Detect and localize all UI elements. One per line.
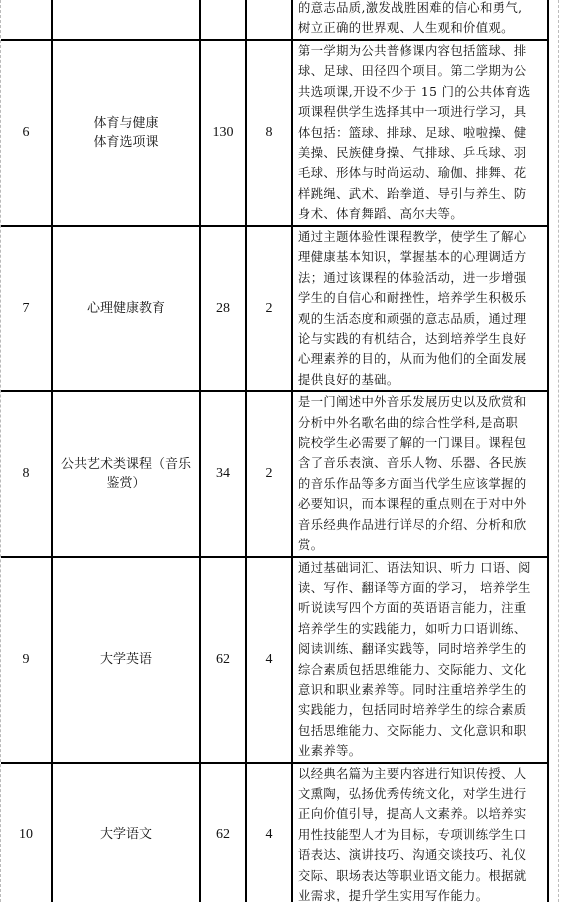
course-description-line: 院校学生必需要了解的一门课目。课程包: [298, 433, 544, 453]
course-description-cell: 的意志品质,激发战胜困难的信心和勇气,树立正确的世界观、人生观和价值观。: [292, 0, 548, 40]
course-credits-cell: 2: [246, 226, 292, 391]
course-description-line: 必要知识，而本课程的重点则在于对中外: [298, 494, 544, 514]
course-number-cell: 6: [1, 40, 52, 226]
course-description-line: 正向价值引导，提高人文素养。以培养实: [298, 804, 544, 824]
course-description-line: 通过基础词汇、语法知识、听力 口语、阅: [298, 558, 544, 578]
course-hours-cell: 130: [200, 40, 246, 226]
table-row: 8公共艺术类课程（音乐鉴赏）342是一门阐述中外音乐发展历史以及欣赏和分析中外名…: [1, 391, 548, 556]
course-description-line: 音乐经典作品进行详尽的介绍、分析和欣: [298, 515, 544, 535]
course-description-line: 树立正确的世界观、人生观和价值观。: [298, 18, 544, 38]
course-description-line: 文熏陶，弘扬优秀传统文化，对学生进行: [298, 784, 544, 804]
course-description-line: 语表达、演讲技巧、沟通交谈技巧、礼仪: [298, 845, 544, 865]
course-description-cell: 是一门阐述中外音乐发展历史以及欣赏和分析中外名歌名曲的综合性学科,是高职院校学生…: [292, 391, 548, 556]
course-description-line: 美操、民族健身操、气排球、乒乓球、羽: [298, 143, 544, 163]
course-description-line: 共选项课,开设不少于 15 门的公共体育选: [298, 82, 544, 102]
table-row: 6体育与健康体育选项课1308第一学期为公共普修课内容包括篮球、排球、足球、田径…: [1, 40, 548, 226]
course-credits-cell: 2: [246, 391, 292, 556]
course-description-line: 提供良好的基础。: [298, 370, 544, 390]
course-description-line: 样跳绳、武术、跆拳道、导引与养生、防: [298, 184, 544, 204]
course-credits-cell: 8: [246, 40, 292, 226]
course-description-cell: 第一学期为公共普修课内容包括篮球、排球、足球、田径四个项目。第二学期为公共选项课…: [292, 40, 548, 226]
course-description-line: 毛球、形体与时尚运动、瑜伽、排舞、花: [298, 163, 544, 183]
course-description-line: 学生的自信心和耐挫性，培养学生积极乐: [298, 288, 544, 308]
course-description-line: 读、写作、翻译等方面的学习， 培养学生: [298, 578, 544, 598]
course-hours-cell: 34: [200, 391, 246, 556]
course-name-cell: 体育与健康体育选项课: [52, 40, 200, 226]
course-description-line: 法；通过该课程的体验活动，进一步增强: [298, 268, 544, 288]
table-row: 10大学语文624以经典名篇为主要内容进行知识传授、人文熏陶，弘扬优秀传统文化，…: [1, 763, 548, 902]
course-description-line: 通过主题体验性课程教学，使学生了解心: [298, 227, 544, 247]
course-name-line: 大学英语: [53, 650, 199, 669]
course-description-line: 以经典名篇为主要内容进行知识传授、人: [298, 764, 544, 784]
course-description-line: 论与实践的有机结合，达到培养学生良好: [298, 329, 544, 349]
course-description-line: 交际、职场表达等职业语文能力。根据就: [298, 866, 544, 886]
course-name-line: 鉴赏）: [53, 474, 199, 493]
course-description-line: 是一门阐述中外音乐发展历史以及欣赏和: [298, 392, 544, 412]
course-description-line: 业需求，提升学生实用写作能力。: [298, 886, 544, 902]
course-description-cell: 通过基础词汇、语法知识、听力 口语、阅读、写作、翻译等方面的学习， 培养学生听说…: [292, 557, 548, 763]
course-description-line: 用性技能型人才为目标，专项训练学生口: [298, 825, 544, 845]
course-description-cell: 以经典名篇为主要内容进行知识传授、人文熏陶，弘扬优秀传统文化，对学生进行正向价值…: [292, 763, 548, 902]
course-credits-cell: 4: [246, 557, 292, 763]
course-name-cell: 大学语文: [52, 763, 200, 902]
course-description-line: 第一学期为公共普修课内容包括篮球、排: [298, 41, 544, 61]
course-name-line: 体育与健康: [53, 114, 199, 133]
course-name-cell: [52, 0, 200, 40]
table-row: 7心理健康教育282通过主题体验性课程教学，使学生了解心理健康基本知识，掌握基本…: [1, 226, 548, 391]
course-credits-cell: [246, 0, 292, 40]
course-name-line: 公共艺术类课程（音乐: [53, 455, 199, 474]
course-description-line: 理健康基本知识，掌握基本的心理调适方: [298, 247, 544, 267]
course-description-line: 的意志品质,激发战胜困难的信心和勇气,: [298, 0, 544, 18]
course-hours-cell: 62: [200, 557, 246, 763]
course-number-cell: 10: [1, 763, 52, 902]
course-name-cell: 大学英语: [52, 557, 200, 763]
course-name-line: 体育选项课: [53, 133, 199, 152]
course-number-cell: 9: [1, 557, 52, 763]
course-description-line: 球、足球、田径四个项目。第二学期为公: [298, 61, 544, 81]
course-number-cell: 8: [1, 391, 52, 556]
course-description-line: 业素养等。: [298, 741, 544, 761]
course-credits-cell: 4: [246, 763, 292, 902]
course-number-cell: 7: [1, 226, 52, 391]
table-row: 的意志品质,激发战胜困难的信心和勇气,树立正确的世界观、人生观和价值观。: [1, 0, 548, 40]
course-name-cell: 公共艺术类课程（音乐鉴赏）: [52, 391, 200, 556]
course-description-line: 听说读写四个方面的英语语言能力，注重: [298, 598, 544, 618]
course-description-line: 体包括：篮球、排球、足球、啦啦操、健: [298, 123, 544, 143]
course-description-line: 分析中外名歌名曲的综合性学科,是高职: [298, 413, 544, 433]
course-description-line: 观的生活态度和顽强的意志品质，通过理: [298, 309, 544, 329]
course-description-line: 综合素质包括思维能力、交际能力、文化: [298, 660, 544, 680]
course-description-line: 身术、体育舞蹈、高尔夫等。: [298, 204, 544, 224]
course-name-line: 大学语文: [53, 825, 199, 844]
course-description-line: 阅读训练、翻译实践等，同时培养学生的: [298, 639, 544, 659]
course-description-line: 包括思维能力、交际能力、文化意识和职: [298, 721, 544, 741]
course-description-line: 的音乐作品等多方面当代学生应该掌握的: [298, 474, 544, 494]
course-name-cell: 心理健康教育: [52, 226, 200, 391]
course-number-cell: [1, 0, 52, 40]
course-description-line: 心理素养的目的，从而为他们的全面发展: [298, 349, 544, 369]
course-description-line: 含了音乐表演、音乐人物、乐器、各民族: [298, 453, 544, 473]
course-description-line: 意识和职业素养等。同时注重培养学生的: [298, 680, 544, 700]
table-row: 9大学英语624通过基础词汇、语法知识、听力 口语、阅读、写作、翻译等方面的学习…: [1, 557, 548, 763]
course-hours-cell: [200, 0, 246, 40]
course-description-line: 实践能力，包括同时培养学生的综合素质: [298, 700, 544, 720]
course-table-body: 的意志品质,激发战胜困难的信心和勇气,树立正确的世界观、人生观和价值观。6体育与…: [1, 0, 548, 902]
course-description-line: 培养学生的实践能力，如听力口语训练、: [298, 619, 544, 639]
course-name-line: 心理健康教育: [53, 299, 199, 318]
page-edge-right: [558, 0, 559, 902]
course-hours-cell: 62: [200, 763, 246, 902]
course-table: 的意志品质,激发战胜困难的信心和勇气,树立正确的世界观、人生观和价值观。6体育与…: [1, 0, 549, 902]
course-description-line: 项课程供学生选择其中一项进行学习，具: [298, 102, 544, 122]
course-description-cell: 通过主题体验性课程教学，使学生了解心理健康基本知识，掌握基本的心理调适方法；通过…: [292, 226, 548, 391]
course-hours-cell: 28: [200, 226, 246, 391]
course-description-line: 赏。: [298, 535, 544, 555]
